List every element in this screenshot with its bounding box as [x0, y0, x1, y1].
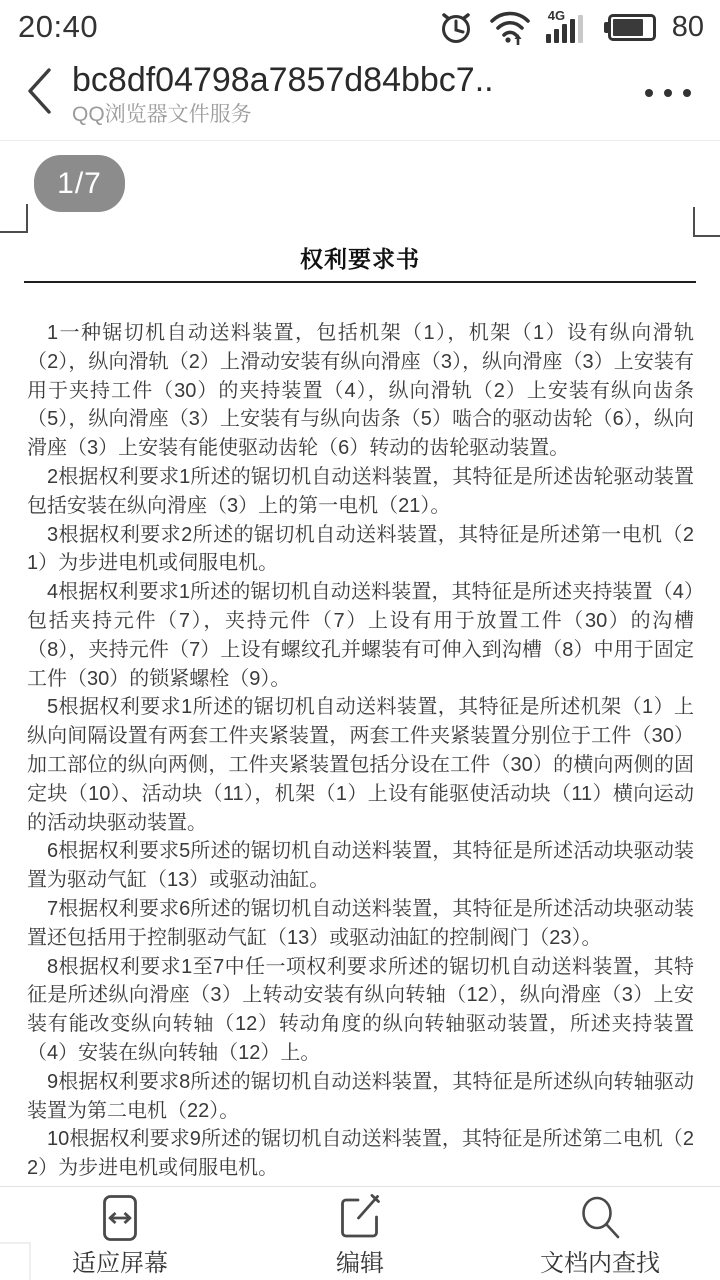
bottom-toolbar: 适应屏幕 编辑 文档内查找	[0, 1186, 720, 1280]
page-corner-mark-right	[693, 207, 720, 237]
claim-paragraph: 1一种锯切机自动送料装置，包括机架（1），机架（1）设有纵向滑轨（2），纵向滑轨…	[27, 319, 694, 463]
clock-time: 20:40	[18, 9, 98, 45]
back-button[interactable]	[6, 58, 72, 128]
claim-paragraph: 2根据权利要求1所述的锯切机自动送料装置，其特征是所述齿轮驱动装置包括安装在纵向…	[27, 463, 694, 521]
battery-percent: 80	[672, 11, 704, 44]
fit-screen-label: 适应屏幕	[72, 1243, 168, 1278]
document-viewer[interactable]: 1/7 权利要求书 1一种锯切机自动送料装置，包括机架（1），机架（1）设有纵向…	[0, 142, 720, 1186]
fit-screen-button[interactable]: 适应屏幕	[0, 1187, 240, 1280]
status-icons: 4G 80	[438, 8, 704, 46]
claim-paragraph: 3根据权利要求2所述的锯切机自动送料装置，其特征是所述第一电机（21）为步进电机…	[27, 521, 694, 579]
claim-paragraph: 5根据权利要求1所述的锯切机自动送料装置，其特征是所述机架（1）上纵向间隔设置有…	[27, 693, 694, 837]
claim-paragraph: 10根据权利要求9所述的锯切机自动送料装置，其特征是所述第二电机（22）为步进电…	[27, 1125, 694, 1183]
claim-paragraph: 7根据权利要求6所述的锯切机自动送料装置，其特征是所述活动块驱动装置还包括用于控…	[27, 895, 694, 953]
search-icon	[577, 1194, 623, 1242]
claim-paragraph: 4根据权利要求1所述的锯切机自动送料装置，其特征是所述夹持装置（4）包括夹持元件…	[27, 578, 694, 693]
overflow-menu-button[interactable]	[626, 58, 710, 128]
header-titles: bc8df04798a7857d84bbc7.. QQ浏览器文件服务	[72, 58, 626, 128]
find-in-document-button[interactable]: 文档内查找	[480, 1187, 720, 1280]
alarm-clock-icon	[438, 8, 474, 46]
document-title-rule: 权利要求书	[24, 241, 696, 283]
status-bar: 20:40	[0, 0, 720, 52]
find-in-document-label: 文档内查找	[540, 1243, 660, 1278]
page-corner-mark-left	[0, 204, 28, 233]
battery-icon	[604, 13, 658, 41]
wifi-icon	[488, 8, 532, 46]
three-dots-menu-icon	[645, 89, 691, 97]
chevron-left-icon	[24, 65, 54, 122]
claim-paragraph: 8根据权利要求1至7中任一项权利要求所述的锯切机自动送料装置，其特征是所述纵向滑…	[27, 953, 694, 1068]
document-body: 1一种锯切机自动送料装置，包括机架（1），机架（1）设有纵向滑轨（2），纵向滑轨…	[27, 319, 694, 1183]
edit-icon	[336, 1194, 384, 1242]
signal-bars	[546, 15, 583, 43]
signal-bars-icon: 4G	[546, 9, 590, 45]
page-indicator-badge: 1/7	[34, 155, 125, 212]
claim-paragraph: 6根据权利要求5所述的锯切机自动送料装置，其特征是所述活动块驱动装置为驱动气缸（…	[27, 837, 694, 895]
edit-label: 编辑	[336, 1243, 384, 1278]
fit-screen-icon	[100, 1194, 140, 1242]
edit-button[interactable]: 编辑	[240, 1187, 480, 1280]
file-source-subtitle: QQ浏览器文件服务	[72, 101, 626, 128]
claim-paragraph: 9根据权利要求8所述的锯切机自动送料装置，其特征是所述纵向转轴驱动装置为第二电机…	[27, 1068, 694, 1126]
file-title: bc8df04798a7857d84bbc7..	[72, 60, 626, 100]
phone-screen: 20:40	[0, 0, 720, 1280]
app-header: bc8df04798a7857d84bbc7.. QQ浏览器文件服务	[0, 52, 720, 141]
document-title: 权利要求书	[300, 246, 420, 272]
next-page-corner-mark	[0, 1242, 31, 1280]
